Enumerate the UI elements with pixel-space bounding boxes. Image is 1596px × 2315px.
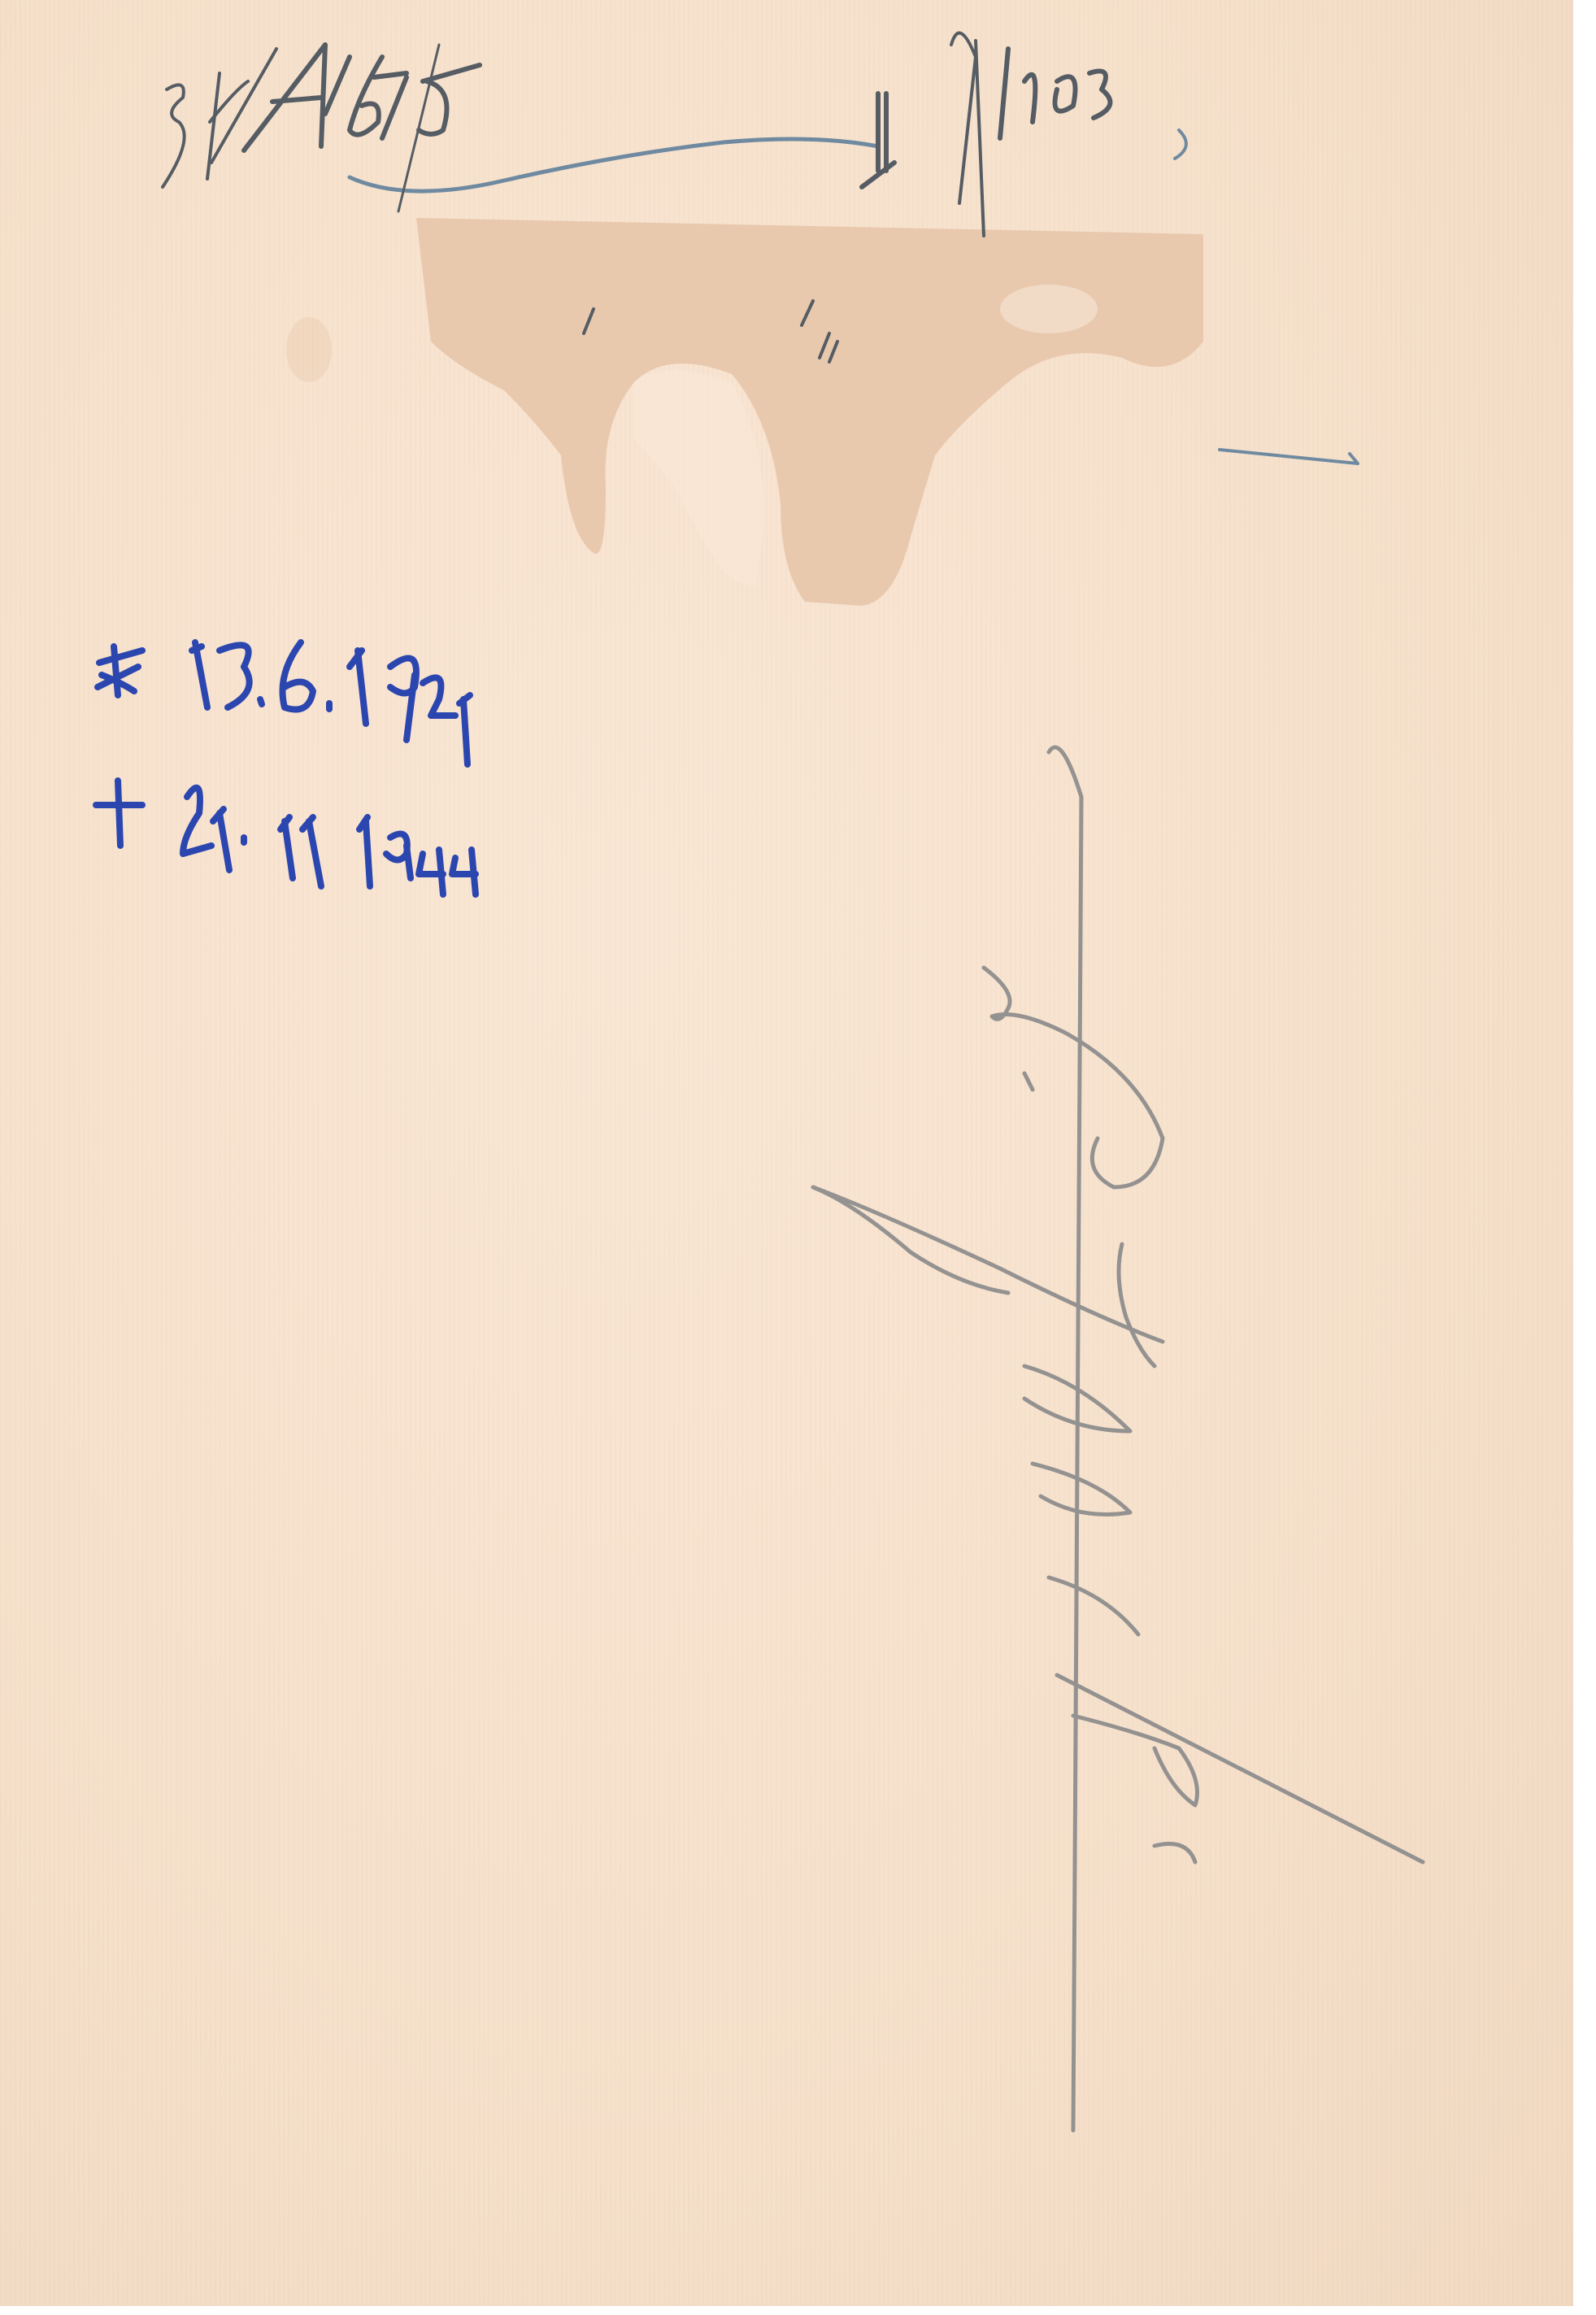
death-symbol: + [98,789,146,855]
pencil-signature [813,747,1423,2130]
birth-symbol: * [98,642,126,709]
adhesive-residue [286,218,1203,606]
handwriting-layer [0,0,1596,2315]
archive-number-text: A 1615 [358,81,531,138]
archive-prefix-text: JK [163,89,209,146]
archive-suffix-text: Sp 03 [951,73,1068,120]
birth-date: 13.6.1921 [187,642,518,718]
death-date: 21.11.1944 [187,805,513,872]
archive-volume-text: II [870,106,894,153]
